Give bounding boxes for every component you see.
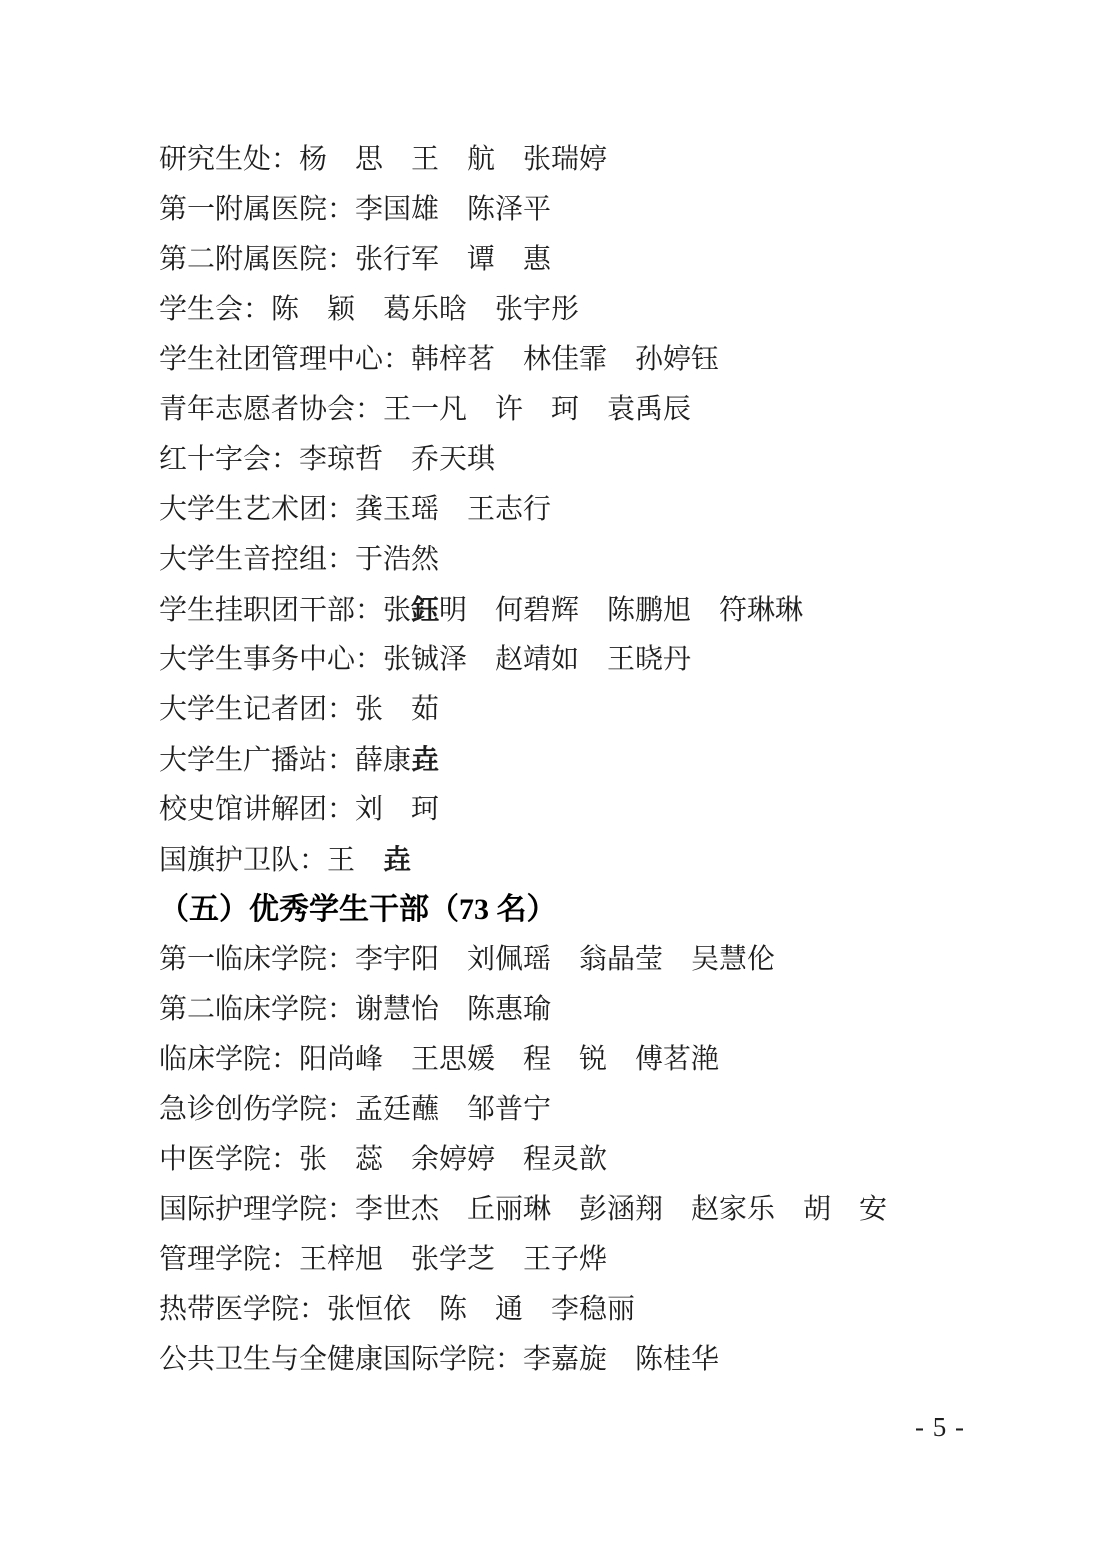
entry-line: 大学生艺术团：龚玉瑶 王志行 [159,485,1039,535]
name-list: 李嘉旋 陈桂华 [523,1344,719,1375]
name-list: 李国雄 陈泽平 [355,194,551,225]
entry-line: 大学生广播站：薛康垚 [159,735,1039,785]
entry-line: 公共卫生与全健康国际学院：李嘉旋 陈桂华 [159,1335,1039,1385]
rare-character: 鈺 [411,593,439,626]
name-list: 李世杰 丘丽琳 彭涵翔 赵家乐 胡 安 [355,1194,887,1225]
unit-label: 第二临床学院： [159,994,355,1025]
entry-line: 大学生记者团：张 茹 [159,685,1039,735]
rare-character: 垚 [411,743,439,776]
unit-label: 研究生处： [159,144,299,175]
section-heading: （五）优秀学生干部（73 名） [159,885,1039,935]
entry-line: 红十字会：李琼哲 乔天琪 [159,435,1039,485]
name-list: 薛康垚 [355,745,439,776]
name-list: 韩梓茗 林佳霏 孙婷钰 [411,344,719,375]
unit-label: 大学生音控组： [159,544,355,575]
name-list: 龚玉瑶 王志行 [355,494,551,525]
name-list: 王梓旭 张学芝 王子烨 [299,1244,607,1275]
name-list: 杨 思 王 航 张瑞婷 [299,144,607,175]
unit-label: 公共卫生与全健康国际学院： [159,1344,523,1375]
unit-label: 大学生广播站： [159,745,355,776]
unit-label: 第一附属医院： [159,194,355,225]
unit-label: 学生会： [159,294,271,325]
unit-label: 第二附属医院： [159,244,355,275]
entry-line: 急诊创伤学院：孟廷蘸 邹普宁 [159,1085,1039,1135]
unit-label: 国际护理学院： [159,1194,355,1225]
name-list: 陈 颖 葛乐晗 张宇彤 [271,294,579,325]
name-list: 张恒依 陈 通 李稳丽 [327,1294,635,1325]
name-list: 王一凡 许 珂 袁禹辰 [383,394,691,425]
document-page: 研究生处：杨 思 王 航 张瑞婷第一附属医院：李国雄 陈泽平第二附属医院：张行军… [0,0,1102,1559]
page-number: - 5 - [915,1410,965,1444]
unit-label: 中医学院： [159,1144,299,1175]
unit-label: 学生社团管理中心： [159,344,411,375]
name-list: 谢慧怡 陈惠瑜 [355,994,551,1025]
name-list: 王 垚 [327,845,411,876]
document-lines: 研究生处：杨 思 王 航 张瑞婷第一附属医院：李国雄 陈泽平第二附属医院：张行军… [159,135,1039,1385]
entry-line: 国际护理学院：李世杰 丘丽琳 彭涵翔 赵家乐 胡 安 [159,1185,1039,1235]
name-list: 阳尚峰 王思媛 程 锐 傅茗滟 [299,1044,719,1075]
entry-line: 国旗护卫队：王 垚 [159,835,1039,885]
entry-line: 学生挂职团干部：张鈺明 何碧辉 陈鹏旭 符琳琳 [159,585,1039,635]
name-list: 张鈺明 何碧辉 陈鹏旭 符琳琳 [383,595,803,626]
entry-line: 青年志愿者协会：王一凡 许 珂 袁禹辰 [159,385,1039,435]
unit-label: 大学生事务中心： [159,644,383,675]
entry-line: 第一临床学院：李宇阳 刘佩瑶 翁晶莹 吴慧伦 [159,935,1039,985]
unit-label: 热带医学院： [159,1294,327,1325]
unit-label: 第一临床学院： [159,944,355,975]
entry-line: 管理学院：王梓旭 张学芝 王子烨 [159,1235,1039,1285]
unit-label: 校史馆讲解团： [159,794,355,825]
unit-label: 国旗护卫队： [159,845,327,876]
unit-label: 青年志愿者协会： [159,394,383,425]
name-list: 刘 珂 [355,794,439,825]
name-list: 张行军 谭 惠 [355,244,551,275]
entry-line: 临床学院：阳尚峰 王思媛 程 锐 傅茗滟 [159,1035,1039,1085]
entry-line: 大学生事务中心：张铖泽 赵靖如 王晓丹 [159,635,1039,685]
name-list: 张 蕊 余婷婷 程灵歆 [299,1144,607,1175]
entry-line: 校史馆讲解团：刘 珂 [159,785,1039,835]
entry-line: 中医学院：张 蕊 余婷婷 程灵歆 [159,1135,1039,1185]
entry-line: 第二临床学院：谢慧怡 陈惠瑜 [159,985,1039,1035]
entry-line: 第二附属医院：张行军 谭 惠 [159,235,1039,285]
name-list: 张铖泽 赵靖如 王晓丹 [383,644,691,675]
name-list: 李宇阳 刘佩瑶 翁晶莹 吴慧伦 [355,944,775,975]
entry-line: 学生会：陈 颖 葛乐晗 张宇彤 [159,285,1039,335]
unit-label: 临床学院： [159,1044,299,1075]
entry-line: 学生社团管理中心：韩梓茗 林佳霏 孙婷钰 [159,335,1039,385]
name-list: 李琼哲 乔天琪 [299,444,495,475]
unit-label: 红十字会： [159,444,299,475]
unit-label: 大学生记者团： [159,694,355,725]
name-list: 孟廷蘸 邹普宁 [355,1094,551,1125]
name-list: 于浩然 [355,544,439,575]
entry-line: 研究生处：杨 思 王 航 张瑞婷 [159,135,1039,185]
unit-label: 学生挂职团干部： [159,595,383,626]
unit-label: 管理学院： [159,1244,299,1275]
entry-line: 第一附属医院：李国雄 陈泽平 [159,185,1039,235]
entry-line: 热带医学院：张恒依 陈 通 李稳丽 [159,1285,1039,1335]
unit-label: 急诊创伤学院： [159,1094,355,1125]
entry-line: 大学生音控组：于浩然 [159,535,1039,585]
rare-character: 垚 [383,843,411,876]
name-list: 张 茹 [355,694,439,725]
unit-label: 大学生艺术团： [159,494,355,525]
